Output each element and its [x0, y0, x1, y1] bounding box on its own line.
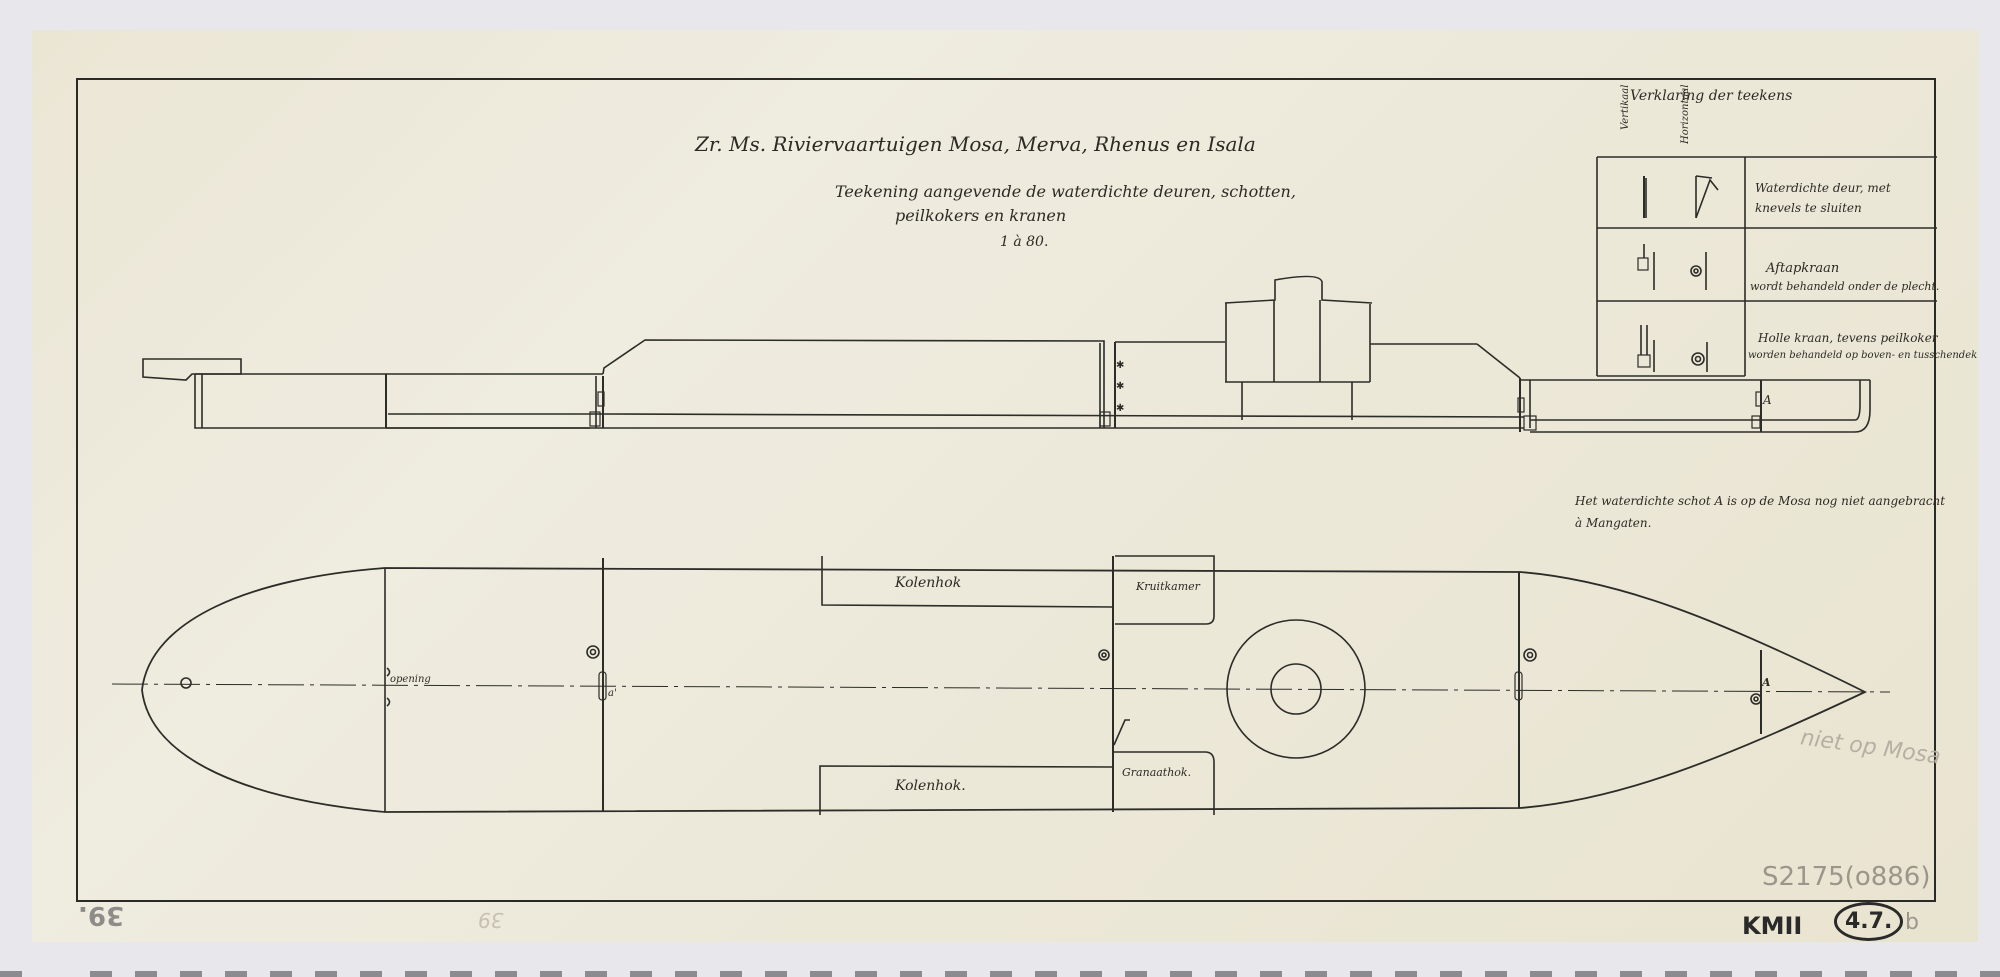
label-granaathok: Granaathok. — [1122, 766, 1191, 779]
side-elevation: ✱ ✱ ✱ A — [143, 276, 1870, 432]
svg-text:A: A — [1762, 393, 1772, 407]
title-line-2: Teekening aangevende de waterdichte deur… — [835, 182, 1296, 201]
title-line-1: Zr. Ms. Riviervaartuigen Mosa, Merva, Rh… — [695, 132, 1256, 156]
legend-row-1-text: Waterdichte deur, met knevels te sluiten — [1755, 178, 1891, 218]
scale-label: 1 à 80. — [1000, 234, 1048, 250]
legend-row-2-text: Aftapkraan wordt behandeld onder de plec… — [1750, 260, 1939, 296]
legend-row-1-line-2: knevels te sluiten — [1755, 198, 1891, 218]
label-kolenhok-bottom: Kolenhok. — [895, 778, 966, 794]
legend-row-3-text: Holle kraan, tevens peilkoker worden beh… — [1748, 329, 1977, 365]
legend-col-vertical: Vertikaal — [1620, 85, 1631, 130]
legend-heading: Verklaring der teekens — [1630, 88, 1792, 104]
title-line-3: peilkokers en kranen — [895, 206, 1066, 225]
stamp-km: KMII — [1742, 912, 1802, 940]
faint-number: 39 — [478, 908, 503, 932]
legend-row-3-line-2: worden behandeld op boven- en tusschende… — [1748, 347, 1977, 365]
sheet-number: 39. — [78, 900, 124, 930]
note-text: Het waterdichte schot A is op de Mosa no… — [1575, 490, 1945, 534]
label-opening: opening — [390, 674, 431, 685]
svg-text:✱: ✱ — [1116, 360, 1124, 371]
catalog-number: S2175(o886) — [1762, 862, 1931, 892]
note-line-2: à Mangaten. — [1575, 512, 1945, 534]
plan-view — [112, 556, 1890, 815]
label-kolenhok-top: Kolenhok — [895, 575, 961, 591]
stamp-circle: 4.7. — [1834, 902, 1903, 941]
legend-row-2-line-2: wordt behandeld onder de plecht. — [1750, 278, 1939, 296]
legend-col-horizontal: Horizontaal — [1680, 84, 1691, 144]
legend-row-3-line-1: Holle kraan, tevens peilkoker — [1748, 329, 1977, 347]
note-line-1: Het waterdichte schot A is op de Mosa no… — [1575, 490, 1945, 512]
label-bulkhead-a: A — [1762, 676, 1771, 689]
stamp-suffix: b — [1905, 910, 1919, 935]
legend-row-1-line-1: Waterdichte deur, met — [1755, 178, 1891, 198]
label-door-a: a' — [608, 688, 617, 699]
svg-text:✱: ✱ — [1116, 403, 1124, 414]
label-kruitkamer: Kruitkamer — [1136, 580, 1200, 593]
svg-text:✱: ✱ — [1116, 381, 1124, 392]
legend-row-2-line-1: Aftapkraan — [1750, 260, 1939, 278]
